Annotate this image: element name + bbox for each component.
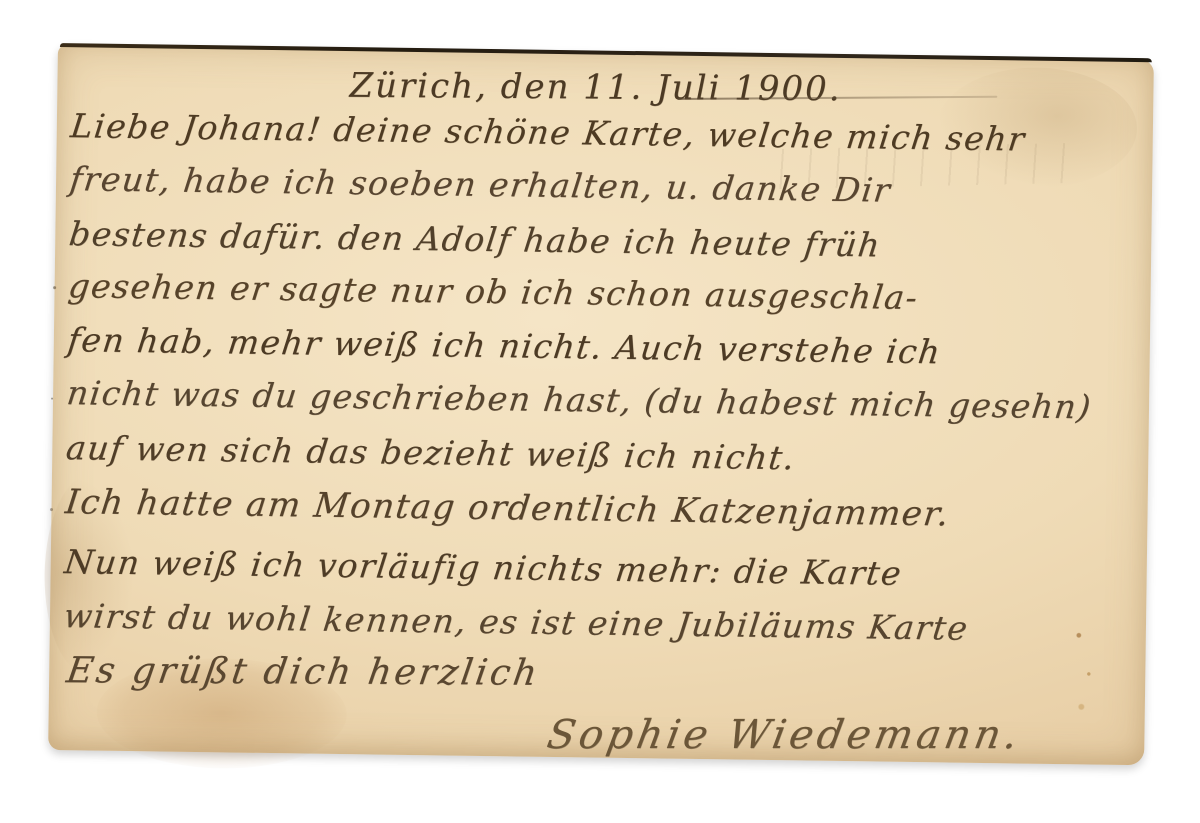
manuscript-line: gesehen er sagte nur ob ich schon ausges… [66,266,920,317]
manuscript-line: Nun weiß ich vorläufig nichts mehr: die … [62,542,904,593]
manuscript-line: nicht was du geschrieben hast, (du habes… [65,373,1094,426]
postcard: Zürich, den 11. Juli 1900. Liebe Johana!… [48,44,1154,765]
signature: Sophie Wiedemann. [544,712,1025,758]
manuscript-line: wirst du wohl kennen, es ist eine Jubilä… [62,596,971,648]
foxing-specks [1057,613,1129,724]
manuscript-line: Liebe Johana! deine schöne Karte, welche… [69,106,1028,158]
manuscript-line: freut, habe ich soeben erhalten, u. dank… [68,159,894,209]
manuscript-line: fen hab, mehr weiß ich nicht. Auch verst… [66,320,944,371]
manuscript-line: bestens dafür. den Adolf habe ich heute … [67,214,883,264]
dateline: Zürich, den 11. Juli 1900. [349,66,841,109]
closing-line: Es grüßt dich herzlich [64,650,543,693]
manuscript-line: auf wen sich das bezieht weiß ich nicht. [64,428,798,477]
manuscript-line: Ich hatte am Montag ordentlich Katzenjam… [63,482,952,534]
